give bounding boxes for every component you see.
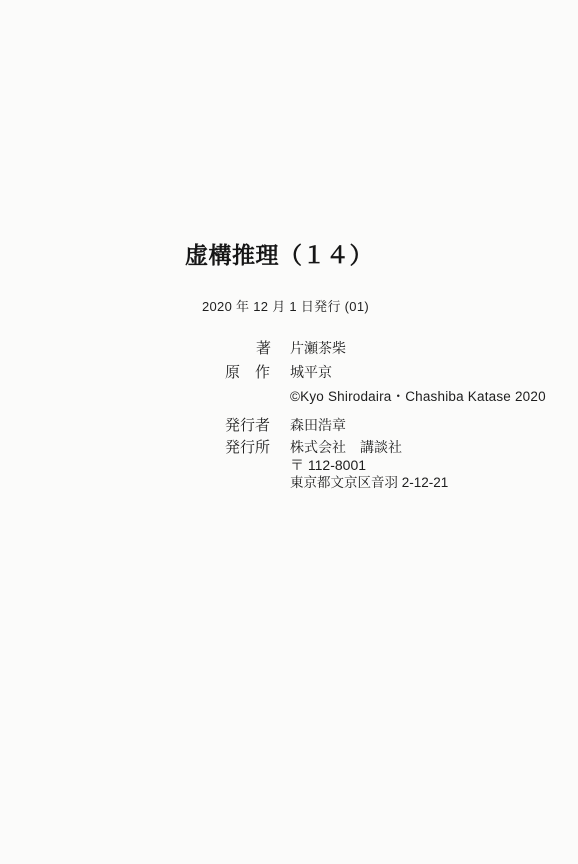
original-story-label: 原作	[225, 365, 271, 380]
edition-date-line: 2020 年 12 月 1 日発行 (01)	[202, 300, 369, 313]
publishing-house-name: 株式会社 講談社	[290, 440, 402, 454]
publisher-label: 発行者	[225, 418, 271, 433]
author-label: 著	[225, 341, 271, 356]
page-title: 虚構推理（１４）	[185, 244, 373, 267]
author-name: 片瀬茶柴	[290, 341, 346, 355]
postal-code: 〒 112-8001	[290, 458, 366, 472]
address-line: 東京都文京区音羽 2-12-21	[290, 476, 448, 490]
copyright-line: ©Kyo Shirodaira・Chashiba Katase 2020	[290, 390, 546, 404]
publishing-house-label: 発行所	[225, 440, 271, 455]
original-story-name: 城平京	[290, 365, 332, 379]
publisher-name: 森田浩章	[290, 418, 346, 432]
colophon-page: 虚構推理（１４） 2020 年 12 月 1 日発行 (01) 著 片瀬茶柴 原…	[0, 0, 578, 864]
